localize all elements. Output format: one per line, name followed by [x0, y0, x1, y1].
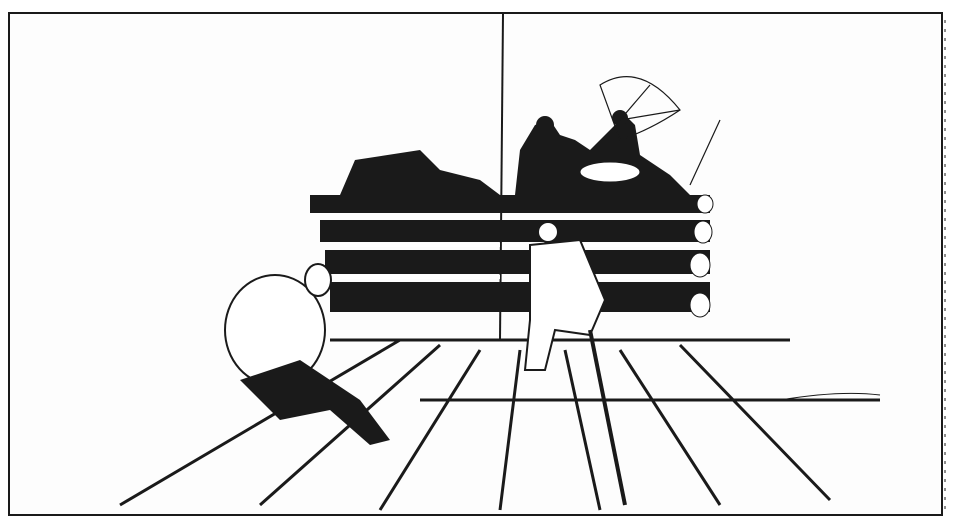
log-raft-illustration	[0, 0, 976, 524]
right-sketch-line	[780, 20, 945, 510]
passengers	[340, 110, 690, 195]
raft-deck	[120, 340, 880, 510]
log-stack	[310, 195, 713, 317]
